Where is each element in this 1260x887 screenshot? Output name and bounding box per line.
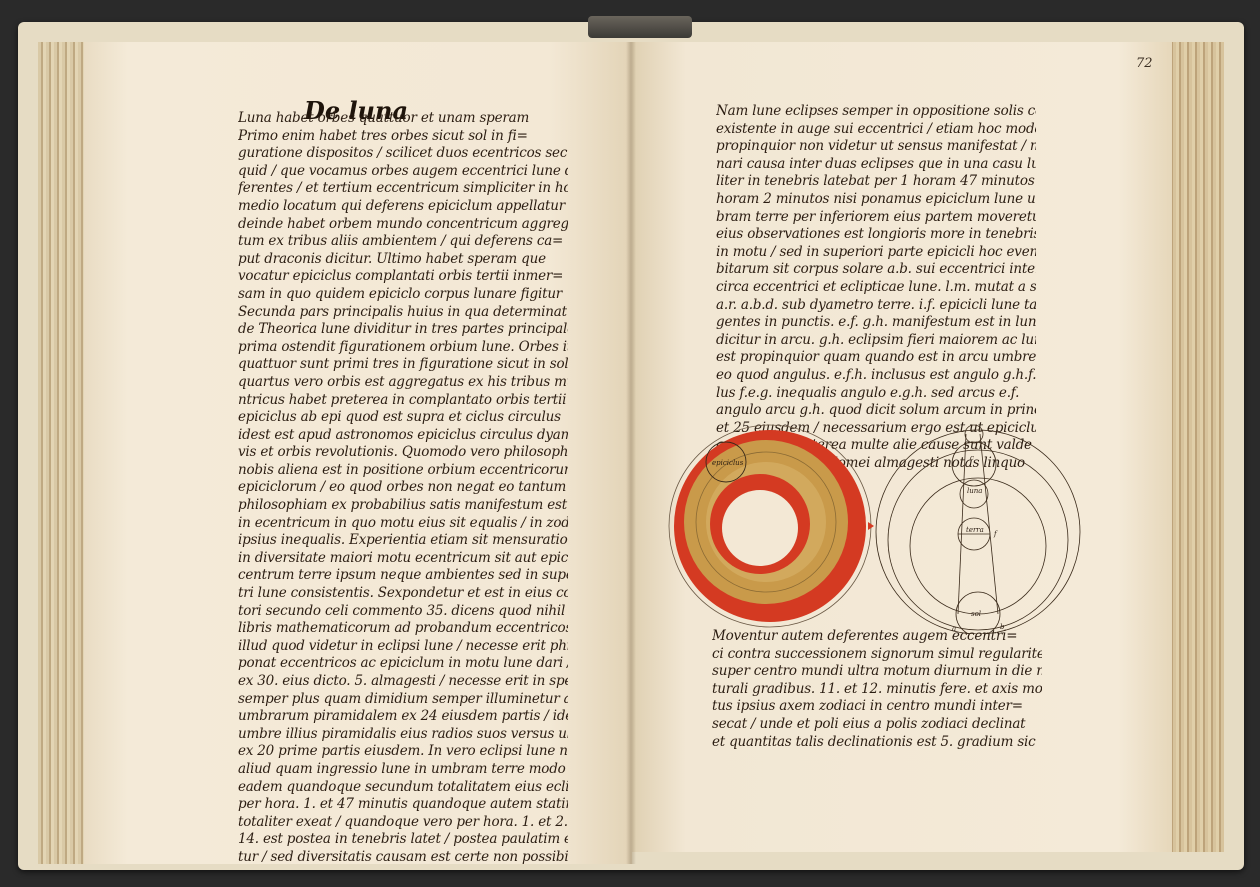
- svg-text:terra: terra: [966, 526, 984, 534]
- svg-text:a: a: [952, 625, 956, 633]
- manuscript-line: ponat eccentricos ac epiciclum in motu l…: [238, 655, 568, 673]
- manuscript-line: bitarum sit corpus solare a.b. sui eccen…: [716, 261, 1036, 279]
- manuscript-line: per hora. 1. et 47 minutis quandoque aut…: [238, 796, 568, 814]
- svg-text:luna: luna: [967, 487, 982, 495]
- manuscript-line: put draconis dicitur. Ultimo habet spera…: [238, 251, 568, 269]
- manuscript-line: ex 20 prime partis eiusdem. In vero ecli…: [238, 743, 568, 761]
- manuscript-line: libris mathematicorum ad probandum eccen…: [238, 620, 568, 638]
- manuscript-line: ferentes / et tertium eccentricum simpli…: [238, 180, 568, 198]
- manuscript-line: lus f.e.g. inequalis angulo e.g.h. sed a…: [716, 385, 1036, 403]
- book-spine-headband: [588, 16, 692, 38]
- eclipse-geometry-diagram: c luna terra f sol a b: [874, 424, 1086, 634]
- manuscript-line: deinde habet orbem mundo concentricum ag…: [238, 216, 568, 234]
- manuscript-line: secat / unde et poli eius a polis zodiac…: [712, 716, 1042, 734]
- manuscript-line: vis et orbis revolutionis. Quomodo vero …: [238, 444, 568, 462]
- manuscript-line: epiciclorum / eo quod orbes non negat eo…: [238, 479, 568, 497]
- manuscript-line: tus ipsius axem zodiaci in centro mundi …: [712, 698, 1042, 716]
- manuscript-line: de Theorica lune dividitur in tres parte…: [238, 321, 568, 339]
- manuscript-line: tur / sed diversitatis causam est certe …: [238, 849, 568, 867]
- manuscript-line: angulo arcu g.h. quod dicit solum arcum …: [716, 402, 1036, 420]
- manuscript-line: est propinquior quam quando est in arcu …: [716, 349, 1036, 367]
- manuscript-line: philosophiam ex probabilius satis manife…: [238, 497, 568, 515]
- manuscript-line: in motu / sed in superiori parte epicicl…: [716, 244, 1036, 262]
- book-gutter: [626, 42, 636, 864]
- manuscript-line: umbre illius piramidalis eius radios suo…: [238, 726, 568, 744]
- epicycle-label: epiciclus: [712, 459, 744, 467]
- manuscript-line: gentes in punctis. e.f. g.h. manifestum …: [716, 314, 1036, 332]
- manuscript-line: a.r. a.b.d. sub dyametro terre. i.f. epi…: [716, 297, 1036, 315]
- right-bottom-text-column: Moventur autem deferentes augem eccentri…: [712, 628, 1042, 751]
- manuscript-line: illud quod videtur in eclipsi lune / nec…: [238, 638, 568, 656]
- manuscript-line: et quantitas talis declinationis est 5. …: [712, 734, 1042, 752]
- manuscript-line: in ecentricum in quo motu eius sit equal…: [238, 515, 568, 533]
- manuscript-line: in diversitate maiori motu ecentricum si…: [238, 550, 568, 568]
- left-page-edges: [38, 42, 88, 864]
- manuscript-line: umbrarum piramidalem ex 24 eiusdem parti…: [238, 708, 568, 726]
- manuscript-line: bram terre per inferiorem eius partem mo…: [716, 209, 1036, 227]
- manuscript-line: Luna habet orbes quattuor et unam speram: [238, 110, 568, 128]
- folio-number: 72: [1136, 56, 1153, 71]
- manuscript-line: propinquior non videtur ut sensus manife…: [716, 138, 1036, 156]
- manuscript-line: ex 30. eius dicto. 5. almagesti / necess…: [238, 673, 568, 691]
- manuscript-line: Nam lune eclipses semper in oppositione …: [716, 103, 1036, 121]
- manuscript-line: quid / que vocamus orbes augem eccentric…: [238, 163, 568, 181]
- manuscript-line: Primo enim habet tres orbes sicut sol in…: [238, 128, 568, 146]
- manuscript-line: quartus vero orbis est aggregatus ex his…: [238, 374, 568, 392]
- manuscript-line: tori secundo celi commento 35. dicens qu…: [238, 603, 568, 621]
- manuscript-line: eadem quandoque secundum totalitatem eiu…: [238, 779, 568, 797]
- manuscript-line: horam 2 minutos nisi ponamus epiciclum l…: [716, 191, 1036, 209]
- svg-text:sol: sol: [971, 610, 981, 618]
- manuscript-line: medio locatum qui deferens epiciclum app…: [238, 198, 568, 216]
- lunar-orbs-ring-diagram: epiciclus: [664, 424, 878, 630]
- manuscript-line: totaliter exeat / quandoque vero per hor…: [238, 814, 568, 832]
- manuscript-line: tri lune consistentis. Sexpondetur et es…: [238, 585, 568, 603]
- manuscript-line: eo quod angulus. e.f.h. inclusus est ang…: [716, 367, 1036, 385]
- manuscript-line: existente in auge sui eccentrici / etiam…: [716, 121, 1036, 139]
- manuscript-line: ipsius inequalis. Experientia etiam sit …: [238, 532, 568, 550]
- manuscript-line: guratione dispositos / scilicet duos ece…: [238, 145, 568, 163]
- manuscript-line: tum ex tribus aliis ambientem / qui defe…: [238, 233, 568, 251]
- manuscript-line: 14. est postea in tenebris latet / poste…: [238, 831, 568, 849]
- manuscript-line: aliud quam ingressio lune in umbram terr…: [238, 761, 568, 779]
- manuscript-line: vocatur epiciclus complantati orbis tert…: [238, 268, 568, 286]
- manuscript-line: Secunda pars principalis huius in qua de…: [238, 304, 568, 322]
- manuscript-line: epiciclus ab epi quod est supra et ciclu…: [238, 409, 568, 427]
- manuscript-line: sam in quo quidem epiciclo corpus lunare…: [238, 286, 568, 304]
- manuscript-line: quattuor sunt primi tres in figuratione …: [238, 356, 568, 374]
- manuscript-line: idest est apud astronomos epiciclus circ…: [238, 427, 568, 445]
- manuscript-line: centrum terre ipsum neque ambientes sed …: [238, 567, 568, 585]
- manuscript-line: liter in tenebris latebat per 1 horam 47…: [716, 173, 1036, 191]
- manuscript-line: circa eccentrici et eclipticae lune. l.m…: [716, 279, 1036, 297]
- right-page-edges: [1168, 42, 1224, 852]
- left-text-column: Luna habet orbes quattuor et unam speram…: [238, 110, 568, 867]
- manuscript-line: turali gradibus. 11. et 12. minutis fere…: [712, 681, 1042, 699]
- manuscript-line: dicitur in arcu. g.h. eclipsim fieri mai…: [716, 332, 1036, 350]
- manuscript-line: ci contra successionem signorum simul re…: [712, 646, 1042, 664]
- manuscript-line: semper plus quam dimidium semper illumin…: [238, 691, 568, 709]
- manuscript-line: nari causa inter duas eclipses que in un…: [716, 156, 1036, 174]
- svg-text:b: b: [1000, 623, 1005, 631]
- right-text-column: Nam lune eclipses semper in oppositione …: [716, 103, 1036, 472]
- svg-text:f: f: [993, 530, 998, 538]
- svg-text:c: c: [970, 454, 974, 462]
- manuscript-line: ntricus habet preterea in complantato or…: [238, 392, 568, 410]
- manuscript-line: prima ostendit figurationem orbium lune.…: [238, 339, 568, 357]
- manuscript-line: eius observationes est longioris more in…: [716, 226, 1036, 244]
- manuscript-line: super centro mundi ultra motum diurnum i…: [712, 663, 1042, 681]
- manuscript-line: nobis aliena est in positione orbium ecc…: [238, 462, 568, 480]
